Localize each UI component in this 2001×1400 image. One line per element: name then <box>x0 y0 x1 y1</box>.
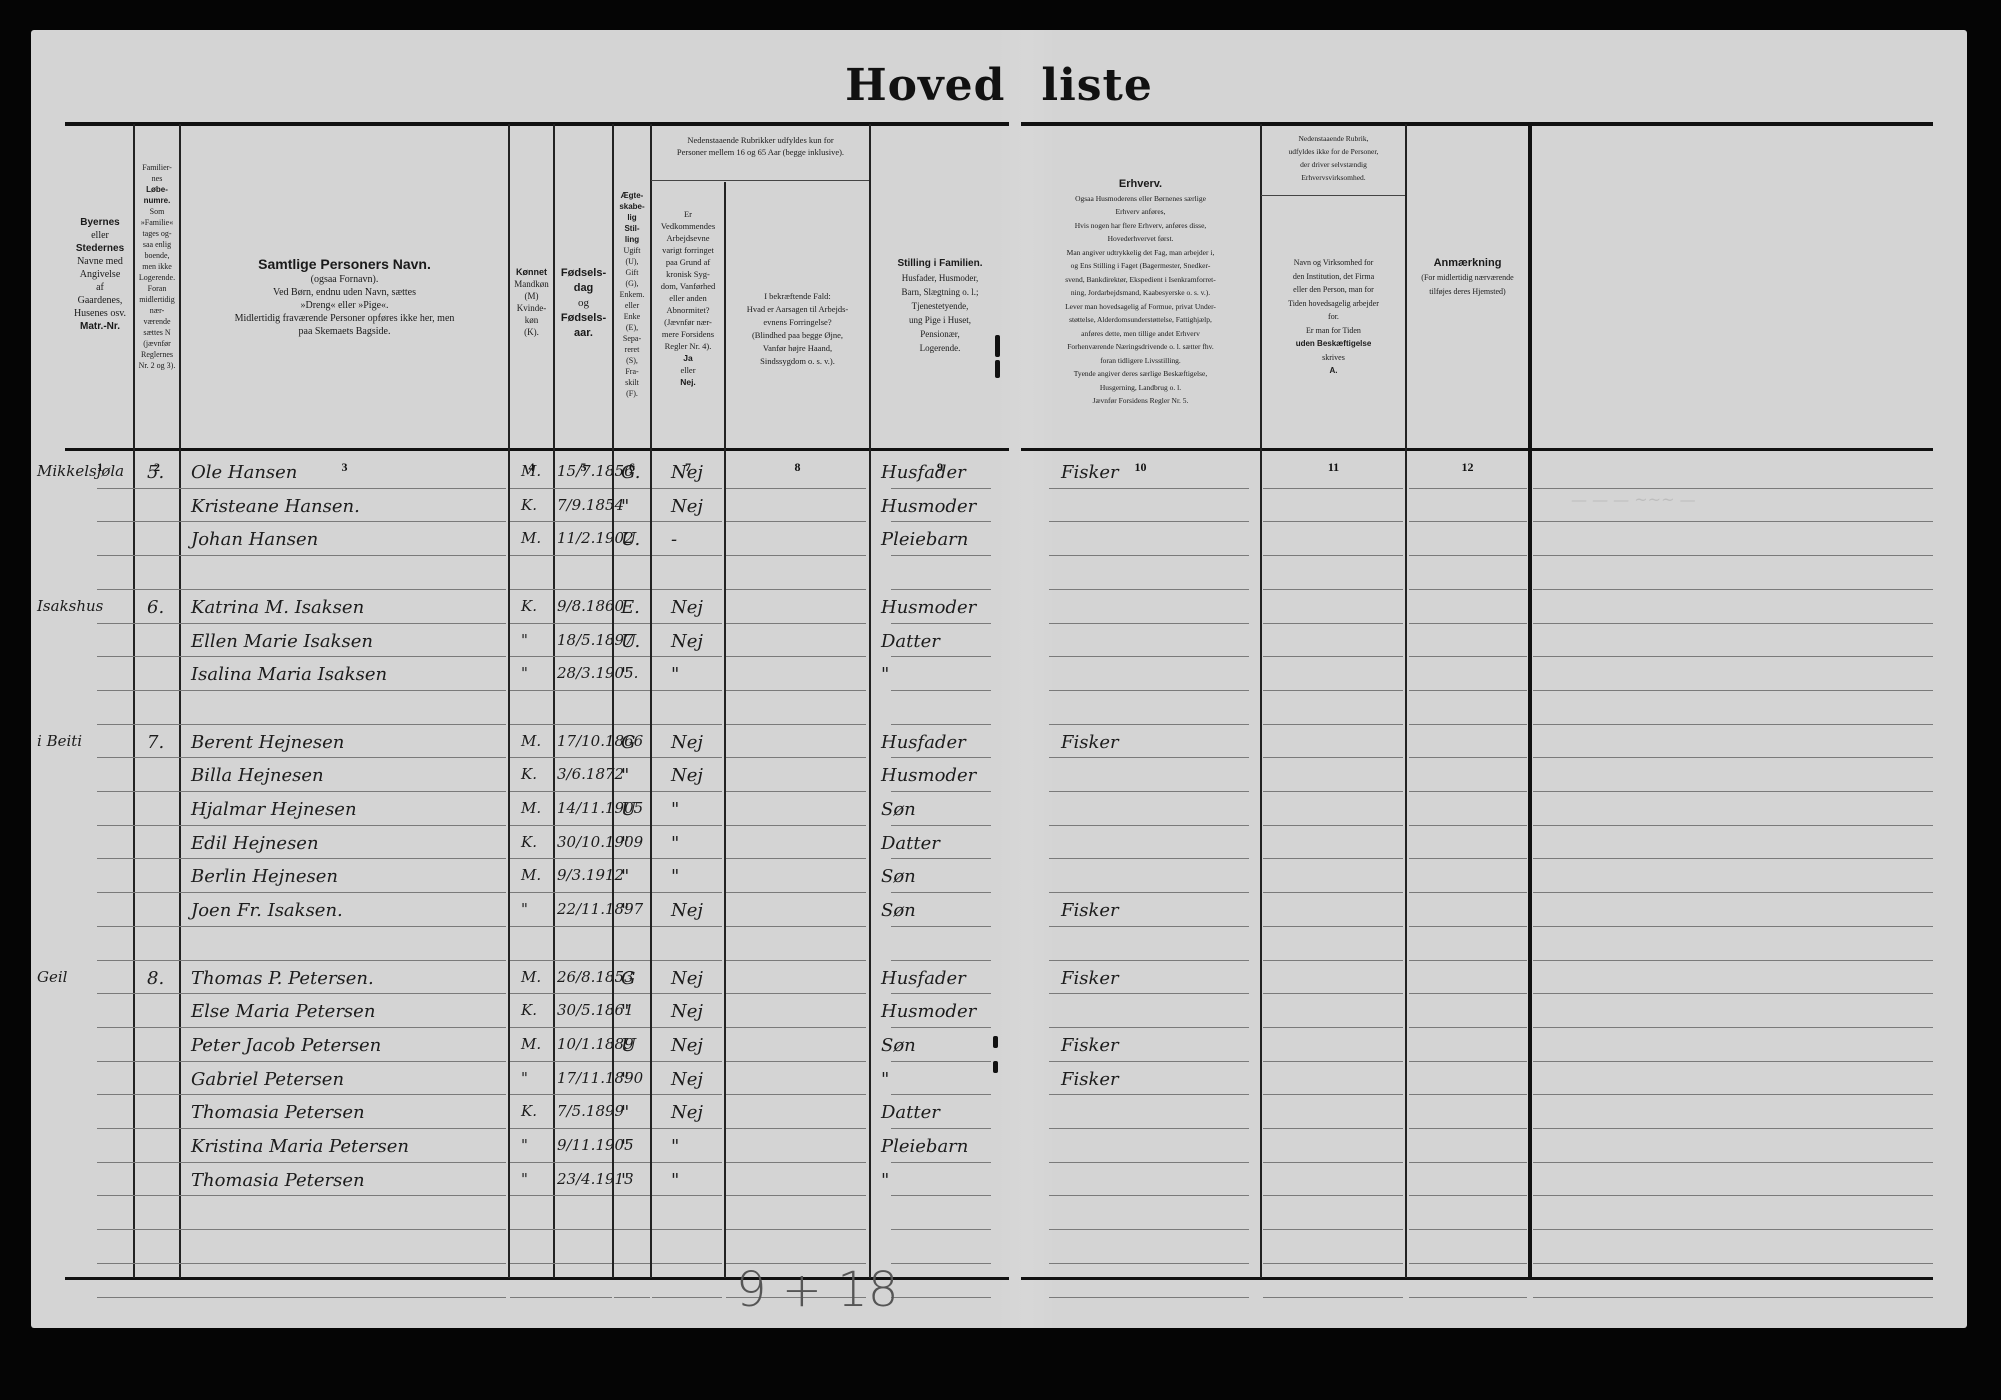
person-name-cell: Berlin Hejnesen <box>191 866 338 887</box>
ruled-line <box>510 1297 612 1298</box>
ruled-line <box>1049 623 1249 624</box>
marital-status-cell: " <box>621 1102 629 1123</box>
sex-cell: M. <box>521 732 541 750</box>
group-header-divider-7-8 <box>651 180 869 181</box>
ruled-line <box>510 1061 612 1062</box>
ruled-line <box>1263 960 1403 961</box>
ruled-line <box>1533 724 1933 725</box>
ruled-line <box>1049 757 1249 758</box>
header-bottom-rule-left <box>65 448 1009 451</box>
ruled-line <box>510 1128 612 1129</box>
ruled-line <box>510 791 612 792</box>
ruled-line <box>726 656 866 657</box>
ruled-line <box>1049 555 1249 556</box>
family-position-cell: Husfader <box>881 732 966 753</box>
fold-mark <box>995 335 1000 357</box>
ruled-line <box>652 757 722 758</box>
ruled-line <box>181 623 506 624</box>
ruled-line <box>1263 1061 1403 1062</box>
ruled-line <box>614 791 650 792</box>
ruled-line <box>181 825 506 826</box>
ruled-line <box>1533 993 1933 994</box>
sex-cell: " <box>521 1069 528 1087</box>
person-name-cell: Thomasia Petersen <box>191 1170 365 1191</box>
ruled-line <box>652 1094 722 1095</box>
ruled-line <box>510 825 612 826</box>
ruled-line <box>726 1229 866 1230</box>
ruled-line <box>1049 1128 1249 1129</box>
family-position-cell: Husmoder <box>881 597 976 618</box>
col-4-header: KønnetMandkøn(M)Kvinde-køn(K). <box>510 266 553 338</box>
ruled-line <box>136 656 176 657</box>
ruled-line <box>614 589 650 590</box>
ruled-line <box>652 690 722 691</box>
ruled-line <box>614 926 650 927</box>
ruled-line <box>1533 1128 1933 1129</box>
ruled-line <box>614 1263 650 1264</box>
ruled-line <box>1409 1297 1527 1298</box>
census-form-page: Hovedliste ByernesellerStedernesNavne me… <box>31 30 1967 1328</box>
ruled-line <box>1263 1128 1403 1129</box>
ruled-line <box>1049 1195 1249 1196</box>
ruled-line <box>1263 1229 1403 1230</box>
sex-cell: " <box>521 1170 528 1188</box>
col-8-header: I bekræftende Fald:Hvad er Aarsagen til … <box>726 290 869 368</box>
ruled-line <box>652 521 722 522</box>
ruled-line <box>1533 1195 1933 1196</box>
ruled-line <box>1409 1094 1527 1095</box>
ruled-line <box>136 1263 176 1264</box>
ruled-line <box>136 1297 176 1298</box>
ruled-line <box>891 1263 991 1264</box>
ruled-line <box>181 555 506 556</box>
ruled-line <box>1049 926 1249 927</box>
family-position-cell: Søn <box>881 900 916 921</box>
ruled-line <box>726 892 866 893</box>
ruled-line <box>136 521 176 522</box>
ruled-line <box>726 858 866 859</box>
ruled-line <box>1409 623 1527 624</box>
sex-cell: M. <box>521 968 541 986</box>
ruled-line <box>136 1094 176 1095</box>
ruled-line <box>726 1061 866 1062</box>
person-name-cell: Berent Hejnesen <box>191 732 344 753</box>
ruled-line <box>614 1094 650 1095</box>
ruled-line <box>1409 892 1527 893</box>
col-5-header: Fødsels-dagogFødsels-aar. <box>555 266 612 341</box>
work-ability-cell: Nej <box>671 1102 703 1123</box>
work-ability-cell: Nej <box>671 732 703 753</box>
ruled-line <box>1049 690 1249 691</box>
occupation-cell: Fisker <box>1061 1035 1119 1056</box>
title-word-2: liste <box>1041 60 1153 111</box>
marital-status-cell: U. <box>621 529 640 550</box>
sex-cell: " <box>521 631 528 649</box>
occupation-cell: Fisker <box>1061 1069 1119 1090</box>
ruled-line <box>1409 1061 1527 1062</box>
ruled-line <box>1263 690 1403 691</box>
ruled-line <box>726 690 866 691</box>
ruled-line <box>510 960 612 961</box>
ruled-line <box>510 1229 612 1230</box>
person-name-cell: Isalina Maria Isaksen <box>191 664 387 685</box>
ruled-line <box>891 825 991 826</box>
ruled-line <box>1409 960 1527 961</box>
work-ability-cell: " <box>671 866 679 887</box>
ruled-line <box>136 589 176 590</box>
ruled-line <box>510 1263 612 1264</box>
sex-cell: M. <box>521 529 541 547</box>
ruled-line <box>136 1229 176 1230</box>
group-header-col-11: Nedenstaaende Rubrik,udfyldes ikke for d… <box>1262 132 1405 184</box>
ruled-line <box>1263 589 1403 590</box>
ruled-line <box>652 724 722 725</box>
ruled-line <box>614 1027 650 1028</box>
ruled-line <box>510 1195 612 1196</box>
family-number-cell: 7. <box>147 732 164 753</box>
ruled-line <box>652 858 722 859</box>
ruled-line <box>1409 488 1527 489</box>
birth-date-cell: 9/3.1912 <box>557 866 624 884</box>
ruled-line <box>1263 488 1403 489</box>
ruled-line <box>1409 825 1527 826</box>
ruled-line <box>614 690 650 691</box>
family-number-cell: 6. <box>147 597 164 618</box>
ruled-line <box>181 690 506 691</box>
person-name-cell: Kristina Maria Petersen <box>191 1136 409 1157</box>
marital-status-cell: G <box>621 732 635 753</box>
ruled-line <box>1533 1263 1933 1264</box>
ruled-line <box>726 1094 866 1095</box>
ruled-line <box>1263 892 1403 893</box>
birth-date-cell: 22/11.1897 <box>557 900 643 918</box>
bleed-through-text: — — — ~~~ — <box>1571 490 1696 509</box>
person-name-cell: Thomas P. Petersen. <box>191 968 374 989</box>
sex-cell: K. <box>521 1102 537 1120</box>
family-position-cell: Datter <box>881 1102 940 1123</box>
marital-status-cell: " <box>621 1170 629 1191</box>
col-number-11: 11 <box>1262 460 1405 475</box>
ruled-line <box>891 656 991 657</box>
ruled-line <box>136 690 176 691</box>
occupation-cell: Fisker <box>1061 968 1119 989</box>
work-ability-cell: " <box>671 1136 679 1157</box>
work-ability-cell: Nej <box>671 1069 703 1090</box>
ruled-line <box>1263 1162 1403 1163</box>
ruled-line <box>614 960 650 961</box>
family-position-cell: Søn <box>881 866 916 887</box>
ruled-line <box>510 690 612 691</box>
ruled-line <box>181 1297 506 1298</box>
ruled-line <box>726 993 866 994</box>
ruled-line <box>1049 993 1249 994</box>
ruled-line <box>510 892 612 893</box>
ruled-line <box>652 1162 722 1163</box>
work-ability-cell: Nej <box>671 462 703 483</box>
ruled-line <box>181 993 506 994</box>
ruled-line <box>891 555 991 556</box>
form-title: Hovedliste <box>31 60 1967 111</box>
ruled-line <box>1263 926 1403 927</box>
ruled-line <box>614 993 650 994</box>
family-position-cell: Datter <box>881 833 940 854</box>
family-position-cell: Husmoder <box>881 765 976 786</box>
ruled-line <box>726 825 866 826</box>
ruled-line <box>891 858 991 859</box>
ruled-line <box>1049 724 1249 725</box>
ruled-line <box>652 555 722 556</box>
ruled-line <box>1263 858 1403 859</box>
ruled-line <box>891 1229 991 1230</box>
ruled-line <box>652 791 722 792</box>
place-cell: i Beiti <box>37 732 82 750</box>
ruled-line <box>1533 521 1933 522</box>
ruled-line <box>510 926 612 927</box>
ruled-line <box>1409 690 1527 691</box>
work-ability-cell: Nej <box>671 1001 703 1022</box>
person-name-cell: Billa Hejnesen <box>191 765 324 786</box>
ruled-line <box>614 656 650 657</box>
ruled-line <box>891 1027 991 1028</box>
ruled-line <box>1533 892 1933 893</box>
ruled-line <box>614 892 650 893</box>
place-cell: Isakshus <box>37 597 103 615</box>
ruled-line <box>181 589 506 590</box>
ruled-line <box>136 1128 176 1129</box>
ruled-line <box>1409 656 1527 657</box>
pencil-annotation: 9 + 18 <box>736 1262 898 1318</box>
ruled-line <box>614 1297 650 1298</box>
ruled-line <box>726 521 866 522</box>
ruled-line <box>136 1027 176 1028</box>
ruled-line <box>614 488 650 489</box>
ruled-line <box>510 521 612 522</box>
ruled-line <box>181 1128 506 1129</box>
ruled-line <box>510 1162 612 1163</box>
ruled-line <box>510 1094 612 1095</box>
birth-date-cell: 7/9.1854 <box>557 496 624 514</box>
work-ability-cell: " <box>671 1170 679 1191</box>
ruled-line <box>614 757 650 758</box>
ruled-line <box>1263 1027 1403 1028</box>
place-cell: Geil <box>37 968 67 986</box>
ruled-line <box>1263 757 1403 758</box>
ruled-line <box>1533 825 1933 826</box>
ruled-line <box>1533 926 1933 927</box>
family-position-cell: Husmoder <box>881 496 976 517</box>
sex-cell: M. <box>521 462 541 480</box>
ruled-line <box>1533 488 1933 489</box>
ruled-line <box>891 1195 991 1196</box>
ruled-line <box>891 1094 991 1095</box>
ruled-line <box>510 488 612 489</box>
ruled-line <box>136 1061 176 1062</box>
birth-date-cell: 30/10.1909 <box>557 833 643 851</box>
ruled-line <box>614 1229 650 1230</box>
ruled-line <box>1263 521 1403 522</box>
ruled-line <box>726 488 866 489</box>
family-position-cell: " <box>881 664 889 685</box>
ruled-line <box>136 488 176 489</box>
ruled-line <box>181 656 506 657</box>
marital-status-cell: " <box>621 900 629 921</box>
ruled-line <box>136 757 176 758</box>
marital-status-cell: E. <box>621 597 640 618</box>
family-position-cell: Søn <box>881 1035 916 1056</box>
ruled-line <box>136 1162 176 1163</box>
ruled-line <box>510 757 612 758</box>
ruled-line <box>1533 589 1933 590</box>
ruled-line <box>614 1061 650 1062</box>
family-number-cell: 5. <box>147 462 164 483</box>
ruled-line <box>891 960 991 961</box>
col-number-8: 8 <box>726 460 869 475</box>
ruled-line <box>652 488 722 489</box>
ruled-line <box>1533 690 1933 691</box>
header-top-rule-left <box>65 122 1009 126</box>
ruled-line <box>1049 488 1249 489</box>
ruled-line <box>136 555 176 556</box>
ruled-line <box>1409 1027 1527 1028</box>
person-name-cell: Thomasia Petersen <box>191 1102 365 1123</box>
ruled-line <box>1049 1297 1249 1298</box>
ruled-line <box>1049 1094 1249 1095</box>
birth-date-cell: 9/8.1860 <box>557 597 624 615</box>
ruled-line <box>726 724 866 725</box>
ruled-line <box>1049 1162 1249 1163</box>
marital-status-cell: G <box>621 968 635 989</box>
marital-status-cell: " <box>621 1069 629 1090</box>
ruled-line <box>181 1263 506 1264</box>
ruled-line <box>136 858 176 859</box>
ruled-line <box>614 825 650 826</box>
ruled-line <box>1049 858 1249 859</box>
ruled-line <box>891 993 991 994</box>
ruled-line <box>1263 623 1403 624</box>
sex-cell: K. <box>521 597 537 615</box>
col-number-10: 10 <box>1021 460 1260 475</box>
person-name-cell: Edil Hejnesen <box>191 833 319 854</box>
ruled-line <box>891 1061 991 1062</box>
ruled-line <box>1049 1027 1249 1028</box>
ruled-line <box>891 690 991 691</box>
ruled-line <box>1263 555 1403 556</box>
work-ability-cell: Nej <box>671 900 703 921</box>
ruled-line <box>1533 1061 1933 1062</box>
work-ability-cell: " <box>671 833 679 854</box>
col-3-header: Samtlige Personers Navn. (ogsaa Fornavn)… <box>181 258 508 338</box>
col-9-header: Stilling i Familien.Husfader, Husmoder,B… <box>871 256 1009 355</box>
ruled-line <box>1533 623 1933 624</box>
family-position-cell: Husmoder <box>881 1001 976 1022</box>
ruled-line <box>181 791 506 792</box>
ruled-line <box>726 589 866 590</box>
work-ability-cell: " <box>671 799 679 820</box>
ruled-line <box>652 1297 722 1298</box>
ruled-line <box>510 555 612 556</box>
ruled-line <box>1409 1263 1527 1264</box>
person-name-cell: Joen Fr. Isaksen. <box>191 900 343 921</box>
ruled-line <box>891 926 991 927</box>
sex-cell: " <box>521 664 528 682</box>
work-ability-cell: Nej <box>671 968 703 989</box>
ruled-line <box>726 791 866 792</box>
sex-cell: K. <box>521 496 537 514</box>
ruled-line <box>1263 825 1403 826</box>
ruled-line <box>1049 1263 1249 1264</box>
ruled-line <box>1533 1027 1933 1028</box>
ruled-line <box>1409 521 1527 522</box>
ruled-line <box>1533 858 1933 859</box>
family-position-cell: Husfader <box>881 462 966 483</box>
ruled-line <box>1533 791 1933 792</box>
ruled-line <box>181 858 506 859</box>
ruled-line <box>510 656 612 657</box>
fold-mark <box>995 360 1000 378</box>
ruled-line <box>1049 960 1249 961</box>
person-name-cell: Katrina M. Isaksen <box>191 597 364 618</box>
header-top-rule-right <box>1021 122 1933 126</box>
occupation-cell: Fisker <box>1061 900 1119 921</box>
ruled-line <box>891 757 991 758</box>
ruled-line <box>136 1195 176 1196</box>
ruled-line <box>726 1162 866 1163</box>
ruled-line <box>614 724 650 725</box>
ruled-line <box>1409 757 1527 758</box>
ruled-line <box>510 589 612 590</box>
sex-cell: K. <box>521 765 537 783</box>
ruled-line <box>1409 555 1527 556</box>
ruled-line <box>181 757 506 758</box>
sex-cell: K. <box>521 1001 537 1019</box>
ruled-line <box>181 1027 506 1028</box>
ruled-line <box>614 1128 650 1129</box>
ruled-line <box>726 1195 866 1196</box>
ruled-line <box>1409 589 1527 590</box>
ruled-line <box>181 1195 506 1196</box>
ruled-line <box>652 1061 722 1062</box>
ruled-line <box>136 791 176 792</box>
ruled-line <box>136 960 176 961</box>
ruled-line <box>652 656 722 657</box>
family-number-cell: 8. <box>147 968 164 989</box>
ruled-line <box>181 521 506 522</box>
ruled-line <box>181 892 506 893</box>
ruled-line <box>652 960 722 961</box>
marital-status-cell: " <box>621 765 629 786</box>
ruled-line <box>1049 1061 1249 1062</box>
ruled-line <box>1049 656 1249 657</box>
ruled-line <box>1409 858 1527 859</box>
col-1-header: ByernesellerStedernesNavne medAngivelsea… <box>67 216 133 333</box>
occupation-cell: Fisker <box>1061 462 1119 483</box>
ruled-line <box>726 757 866 758</box>
ruled-line <box>136 993 176 994</box>
sex-cell: M. <box>521 1035 541 1053</box>
col-11-header: Navn og Virksomhed forden Institution, d… <box>1262 256 1405 378</box>
ruled-line <box>1409 1128 1527 1129</box>
ruled-line <box>136 926 176 927</box>
ruled-line <box>652 1027 722 1028</box>
person-name-cell: Kristeane Hansen. <box>191 496 360 517</box>
work-ability-cell: Nej <box>671 765 703 786</box>
col-number-12: 12 <box>1407 460 1528 475</box>
ruled-line <box>1263 724 1403 725</box>
marital-status-cell: " <box>621 833 629 854</box>
family-position-cell: Pleiebarn <box>881 529 968 550</box>
header-bottom-rule-right <box>1021 448 1933 451</box>
person-name-cell: Hjalmar Hejnesen <box>191 799 357 820</box>
